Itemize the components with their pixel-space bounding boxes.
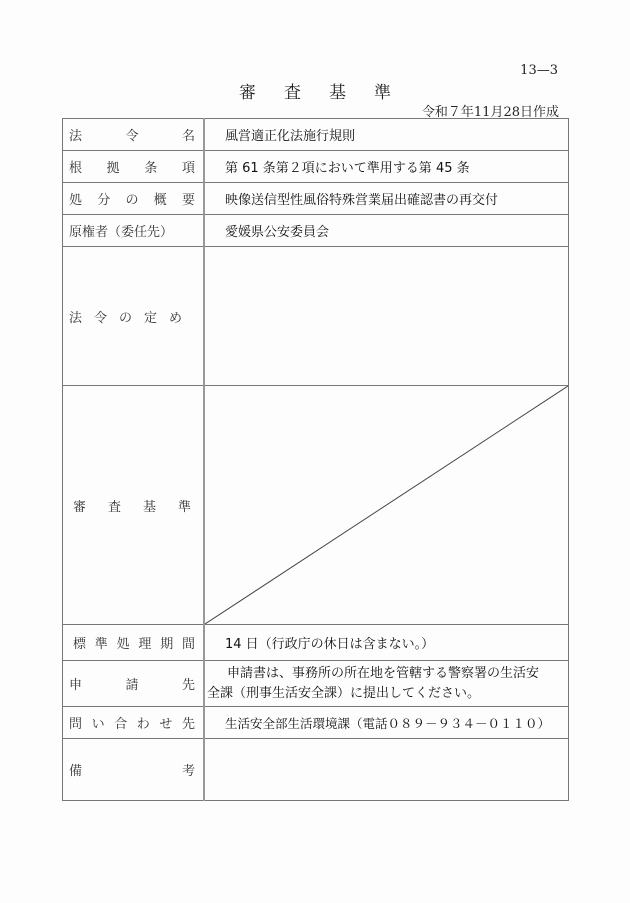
- diagonal-strike-line: [205, 386, 568, 624]
- row-value: 風営適正化法施行規則: [204, 119, 569, 151]
- table-row-original-authority: 原権者（委任先） 愛媛県公安委員会: [63, 215, 569, 247]
- table-row-remarks: 備考: [63, 739, 569, 801]
- label-char: 拠: [107, 157, 120, 176]
- contact-value: 生活安全部生活環境課（電話０８９－９３４－０１１０）: [205, 714, 568, 732]
- label-char: 処: [117, 633, 130, 652]
- label-char: 準: [95, 633, 108, 652]
- processing-period-value: 14 日（行政庁の休日は含まない。）: [205, 633, 568, 652]
- label-char: 合: [114, 713, 127, 732]
- title-char: 準: [374, 78, 391, 103]
- row-label: 原権者（委任先）: [63, 215, 205, 247]
- label-char: 請: [125, 674, 138, 693]
- label-char: い: [92, 713, 105, 732]
- label-char: の: [119, 307, 144, 326]
- table-row-legal-provisions: 法令の定め: [63, 247, 569, 386]
- label-char: 処: [69, 189, 82, 208]
- row-value: [204, 247, 569, 386]
- label-char: 条: [144, 157, 157, 176]
- table-row-application-destination: 申請先 申請書は、事務所の所在地を管轄する警察署の生活安 全課（刑事生活安全課）…: [63, 661, 569, 707]
- review-criteria-table: 法令名 風営適正化法施行規則 根拠条項 第 61 条第２項において準用する第 4…: [62, 118, 569, 801]
- label-char: 分: [97, 189, 110, 208]
- table-row-law-name: 法令名 風営適正化法施行規則: [63, 119, 569, 151]
- basis-article-value: 第 61 条第２項において準用する第 45 条: [205, 157, 568, 176]
- label-char: せ: [159, 713, 172, 732]
- label-char: 問: [69, 713, 82, 732]
- law-name-value: 風営適正化法施行規則: [205, 125, 568, 144]
- row-label: 問い合わせ先: [63, 707, 205, 739]
- label-char: 原権者（委任先）: [69, 221, 173, 240]
- row-label: 備考: [63, 739, 205, 801]
- label-char: 申: [69, 674, 82, 693]
- label-char: 基: [143, 496, 156, 515]
- label-char: 定: [144, 307, 169, 326]
- row-label: 審査基準: [63, 386, 205, 625]
- row-label: 法令の定め: [63, 247, 205, 386]
- row-value: 14 日（行政庁の休日は含まない。）: [204, 625, 569, 661]
- page-number: 13—3: [520, 63, 558, 78]
- label-char: 間: [182, 633, 195, 652]
- label-char: 備: [69, 760, 82, 779]
- value-line: 申請書は、事務所の所在地を管轄する警察署の生活安: [207, 664, 562, 684]
- disposition-summary-value: 映像送信型性風俗特殊営業届出確認書の再交付: [205, 189, 568, 208]
- label-char: の: [125, 189, 138, 208]
- label-char: 令: [94, 307, 119, 326]
- application-destination-value: 申請書は、事務所の所在地を管轄する警察署の生活安 全課（刑事生活安全課）に提出し…: [205, 664, 568, 704]
- label-char: 項: [182, 157, 195, 176]
- document-title: 審査基準: [0, 78, 630, 103]
- value-line: 全課（刑事生活安全課）に提出してください。: [207, 684, 562, 704]
- label-char: 要: [182, 189, 195, 208]
- label-char: 考: [182, 760, 195, 779]
- row-value-empty: [204, 386, 569, 625]
- row-value: 申請書は、事務所の所在地を管轄する警察署の生活安 全課（刑事生活安全課）に提出し…: [204, 661, 569, 707]
- row-value: 第 61 条第２項において準用する第 45 条: [204, 151, 569, 183]
- label-char: 法: [69, 125, 82, 144]
- row-label: 根拠条項: [63, 151, 205, 183]
- row-value: [204, 739, 569, 801]
- label-char: 先: [182, 674, 195, 693]
- label-char: わ: [137, 713, 150, 732]
- title-char: 査: [284, 78, 301, 103]
- label-char: 概: [154, 189, 167, 208]
- title-char: 審: [239, 78, 256, 103]
- label-char: 理: [138, 633, 151, 652]
- table-row-basis-article: 根拠条項 第 61 条第２項において準用する第 45 条: [63, 151, 569, 183]
- table-row-review-criteria: 審査基準: [63, 386, 569, 625]
- label-char: 令: [125, 125, 138, 144]
- label-char: 標: [73, 633, 86, 652]
- label-char: 期: [160, 633, 173, 652]
- table-row-standard-processing-period: 標準処理期間 14 日（行政庁の休日は含まない。）: [63, 625, 569, 661]
- label-char: 根: [69, 157, 82, 176]
- label-char: 準: [178, 496, 191, 515]
- label-char: 先: [182, 713, 195, 732]
- title-char: 基: [329, 78, 346, 103]
- label-char: 審: [73, 496, 86, 515]
- row-label: 標準処理期間: [63, 625, 205, 661]
- original-authority-value: 愛媛県公安委員会: [205, 221, 568, 240]
- label-char: 名: [182, 125, 195, 144]
- row-label: 処分の概要: [63, 183, 205, 215]
- row-value: 生活安全部生活環境課（電話０８９－９３４－０１１０）: [204, 707, 569, 739]
- row-value: 愛媛県公安委員会: [204, 215, 569, 247]
- label-char: 法: [69, 307, 94, 326]
- label-char: め: [169, 307, 194, 326]
- row-label: 法令名: [63, 119, 205, 151]
- row-value: 映像送信型性風俗特殊営業届出確認書の再交付: [204, 183, 569, 215]
- table-row-contact: 問い合わせ先 生活安全部生活環境課（電話０８９－９３４－０１１０）: [63, 707, 569, 739]
- label-char: 査: [108, 496, 121, 515]
- table-row-disposition-summary: 処分の概要 映像送信型性風俗特殊営業届出確認書の再交付: [63, 183, 569, 215]
- row-label: 申請先: [63, 661, 205, 707]
